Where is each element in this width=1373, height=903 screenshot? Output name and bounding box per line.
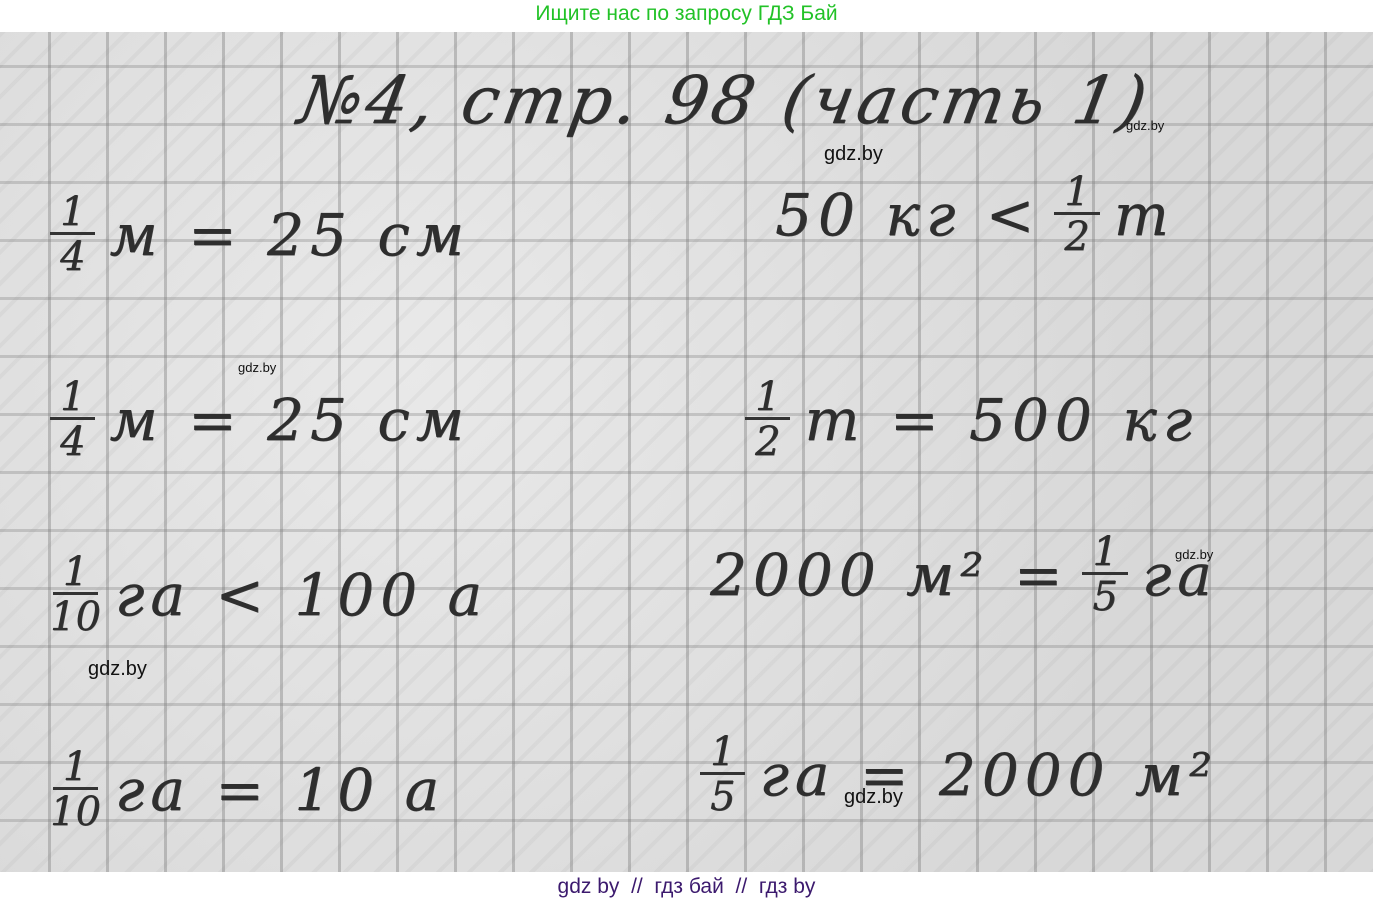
notebook-page-photo: №4, стр. 98 (часть 1) 1 4 м = 25 см 1 4 … (0, 32, 1373, 872)
equation-suffix: т = 500 кг (804, 386, 1198, 454)
fraction: 1 5 (1082, 532, 1127, 617)
fraction: 1 2 (1054, 172, 1099, 257)
fraction: 1 10 (50, 747, 101, 832)
watermark: gdz.by (1175, 547, 1213, 562)
fraction: 1 4 (50, 377, 95, 462)
header-banner: Ищите нас по запросу ГДЗ Бай (0, 0, 1373, 30)
equation-prefix: 50 кг < (775, 181, 1040, 249)
equation-text: м = 25 см (109, 201, 469, 269)
fraction: 1 4 (50, 192, 95, 277)
watermark: gdz.by (88, 658, 147, 681)
watermark: gdz.by (1126, 118, 1164, 133)
left-equation-3: 1 10 га < 100 а (50, 552, 488, 637)
right-equation-2: 1 2 т = 500 кг (745, 377, 1198, 462)
watermark: gdz.by (824, 143, 883, 166)
fraction: 1 10 (50, 552, 101, 637)
left-equation-2: 1 4 м = 25 см (50, 377, 470, 462)
exercise-title: №4, стр. 98 (часть 1) (293, 62, 1156, 139)
equation-text: га < 100 а (115, 561, 488, 629)
right-equation-1: 50 кг < 1 2 т (775, 172, 1175, 257)
left-equation-1: 1 4 м = 25 см (50, 192, 470, 277)
equation-text: га = 10 а (115, 756, 445, 824)
right-equation-4: 1 5 га = 2000 м² (700, 732, 1218, 817)
right-equation-3: 2000 м² = 1 5 га (710, 532, 1218, 617)
left-equation-4: 1 10 га = 10 а (50, 747, 445, 832)
page: Ищите нас по запросу ГДЗ Бай №4, стр. 98… (0, 0, 1373, 903)
watermark: gdz.by (844, 786, 903, 809)
equation-text: м = 25 см (109, 386, 469, 454)
footer-banner: gdz by // гдз бай // гдз by (0, 872, 1373, 903)
fraction: 1 2 (745, 377, 790, 462)
fraction: 1 5 (700, 732, 745, 817)
equation-suffix: га = 2000 м² (759, 741, 1218, 809)
equation-suffix: т (1114, 181, 1175, 249)
watermark: gdz.by (238, 360, 276, 375)
equation-prefix: 2000 м² = (710, 541, 1068, 609)
